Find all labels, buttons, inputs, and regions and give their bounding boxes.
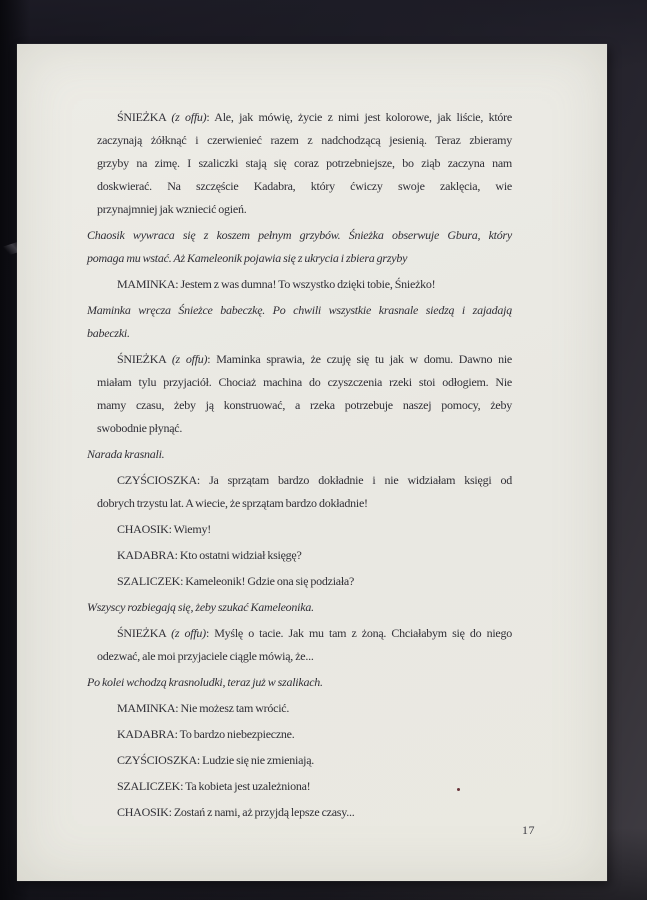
script-line: CZYŚCIOSZKA: Ludzie się nie zmieniają.: [97, 749, 512, 772]
script-line: ŚNIEŻKA (z offu): Myślę o tacie. Jak mu …: [97, 622, 512, 645]
script-line: CHAOSIK: Zostań z nami, aż przyjdą lepsz…: [97, 801, 512, 824]
text-run: Maminka wręcza Śnieżce babeczkę. Po chwi…: [87, 303, 512, 317]
text-run: Chaosik wywraca się z koszem pełnym grzy…: [87, 228, 512, 242]
text-run: CHAOSIK: Wiemy!: [117, 522, 211, 536]
text-run: SZALICZEK: Ta kobieta jest uzależniona!: [117, 779, 310, 793]
script-line: swobodnie płynąć.: [97, 417, 512, 440]
script-line: Narada krasnali.: [87, 443, 512, 466]
script-line: KADABRA: To bardzo niebezpieczne.: [97, 723, 512, 746]
text-run: MAMINKA: Jestem z was dumna! To wszystko…: [117, 277, 435, 291]
text-run: doskwierać. Na szczęście Kadabra, który …: [97, 179, 512, 193]
text-run: SZALICZEK: Kameleonik! Gdzie ona się pod…: [117, 574, 354, 588]
text-run: : Ale, jak mówię, życie z nimi jest kolo…: [206, 110, 512, 124]
text-run: Wszyscy rozbiegają się, żeby szukać Kame…: [87, 600, 314, 614]
text-run: dobrych trzystu lat. A wiecie, że sprząt…: [97, 496, 368, 510]
text-run: ŚNIEŻKA: [117, 352, 172, 366]
dialogue-paragraph: CZYŚCIOSZKA: Ja sprzątam bardzo dokładni…: [97, 469, 512, 515]
script-line: miałam tylu przyjaciół. Chociaż machina …: [97, 371, 512, 394]
text-run: CHAOSIK: Zostań z nami, aż przyjdą lepsz…: [117, 805, 354, 819]
script-line: ŚNIEŻKA (z offu): Ale, jak mówię, życie …: [97, 106, 512, 129]
text-run: KADABRA: To bardzo niebezpieczne.: [117, 727, 295, 741]
script-line: doskwierać. Na szczęście Kadabra, który …: [97, 175, 512, 198]
script-text: ŚNIEŻKA (z offu): Ale, jak mówię, życie …: [17, 106, 607, 827]
text-run: CZYŚCIOSZKA: Ludzie się nie zmieniają.: [117, 753, 314, 767]
dialogue-paragraph: SZALICZEK: Kameleonik! Gdzie ona się pod…: [97, 570, 512, 593]
stage-direction: Chaosik wywraca się z koszem pełnym grzy…: [87, 224, 512, 270]
text-run: ŚNIEŻKA: [117, 110, 171, 124]
text-run: : Myślę o tacie. Jak mu tam z żoną. Chci…: [206, 626, 512, 640]
script-line: CZYŚCIOSZKA: Ja sprzątam bardzo dokładni…: [97, 469, 512, 492]
text-run: miałam tylu przyjaciół. Chociaż machina …: [97, 375, 512, 389]
dialogue-paragraph: ŚNIEŻKA (z offu): Ale, jak mówię, życie …: [97, 106, 512, 221]
text-run: mamy czasu, żeby ją konstruować, a rzeka…: [97, 398, 512, 412]
script-line: odezwać, ale moi przyjaciele ciągle mówi…: [97, 645, 512, 668]
script-line: dobrych trzystu lat. A wiecie, że sprząt…: [97, 492, 512, 515]
script-line: CHAOSIK: Wiemy!: [97, 518, 512, 541]
dialogue-paragraph: MAMINKA: Jestem z was dumna! To wszystko…: [97, 273, 512, 296]
ink-speck-artifact: [457, 788, 460, 791]
text-run: pomaga mu wstać. Aż Kameleonik pojawia s…: [87, 251, 407, 265]
script-line: grzyby na zimę. I szaliczki stają się co…: [97, 152, 512, 175]
script-line: KADABRA: Kto ostatni widział księgę?: [97, 544, 512, 567]
dialogue-paragraph: MAMINKA: Nie możesz tam wrócić.: [97, 697, 512, 720]
script-line: zaczynają żółknąć i czerwienieć razem z …: [97, 129, 512, 152]
script-line: Maminka wręcza Śnieżce babeczkę. Po chwi…: [87, 299, 512, 322]
dialogue-paragraph: CZYŚCIOSZKA: Ludzie się nie zmieniają.: [97, 749, 512, 772]
text-run: (z offu): [171, 110, 206, 124]
script-line: Wszyscy rozbiegają się, żeby szukać Kame…: [87, 596, 512, 619]
text-run: KADABRA: Kto ostatni widział księgę?: [117, 548, 302, 562]
text-run: zaczynają żółknąć i czerwienieć razem z …: [97, 133, 512, 147]
script-line: ŚNIEŻKA (z offu): Maminka sprawia, że cz…: [97, 348, 512, 371]
scanned-script-page: ŚNIEŻKA (z offu): Ale, jak mówię, życie …: [17, 44, 607, 881]
text-run: odezwać, ale moi przyjaciele ciągle mówi…: [97, 649, 314, 663]
dialogue-paragraph: CHAOSIK: Wiemy!: [97, 518, 512, 541]
script-line: przynajmniej jak wzniecić ogień.: [97, 198, 512, 221]
script-line: MAMINKA: Nie możesz tam wrócić.: [97, 697, 512, 720]
text-run: CZYŚCIOSZKA: Ja sprzątam bardzo dokładni…: [117, 473, 512, 487]
script-line: MAMINKA: Jestem z was dumna! To wszystko…: [97, 273, 512, 296]
script-line: mamy czasu, żeby ją konstruować, a rzeka…: [97, 394, 512, 417]
dialogue-paragraph: KADABRA: To bardzo niebezpieczne.: [97, 723, 512, 746]
dialogue-paragraph: KADABRA: Kto ostatni widział księgę?: [97, 544, 512, 567]
text-run: (z offu): [172, 352, 207, 366]
text-run: (z offu): [171, 626, 206, 640]
dialogue-paragraph: CHAOSIK: Zostań z nami, aż przyjdą lepsz…: [97, 801, 512, 824]
text-run: swobodnie płynąć.: [97, 421, 182, 435]
text-run: przynajmniej jak wzniecić ogień.: [97, 202, 246, 216]
stage-direction: Narada krasnali.: [87, 443, 512, 466]
script-line: Chaosik wywraca się z koszem pełnym grzy…: [87, 224, 512, 247]
text-run: Narada krasnali.: [87, 447, 164, 461]
dialogue-paragraph: ŚNIEŻKA (z offu): Myślę o tacie. Jak mu …: [97, 622, 512, 668]
stage-direction: Maminka wręcza Śnieżce babeczkę. Po chwi…: [87, 299, 512, 345]
text-run: MAMINKA: Nie możesz tam wrócić.: [117, 701, 289, 715]
page-number: 17: [522, 823, 535, 838]
script-line: SZALICZEK: Kameleonik! Gdzie ona się pod…: [97, 570, 512, 593]
text-run: : Maminka sprawia, że czuję się tu jak w…: [207, 352, 512, 366]
text-run: grzyby na zimę. I szaliczki stają się co…: [97, 156, 512, 170]
text-run: Po kolei wchodzą krasnoludki, teraz już …: [87, 675, 323, 689]
script-line: pomaga mu wstać. Aż Kameleonik pojawia s…: [87, 247, 512, 270]
text-run: babeczki.: [87, 326, 130, 340]
stage-direction: Po kolei wchodzą krasnoludki, teraz już …: [87, 671, 512, 694]
text-run: ŚNIEŻKA: [117, 626, 171, 640]
stage-direction: Wszyscy rozbiegają się, żeby szukać Kame…: [87, 596, 512, 619]
dialogue-paragraph: ŚNIEŻKA (z offu): Maminka sprawia, że cz…: [97, 348, 512, 440]
script-line: SZALICZEK: Ta kobieta jest uzależniona!: [97, 775, 512, 798]
dialogue-paragraph: SZALICZEK: Ta kobieta jest uzależniona!: [97, 775, 512, 798]
script-line: Po kolei wchodzą krasnoludki, teraz już …: [87, 671, 512, 694]
script-line: babeczki.: [87, 322, 512, 345]
